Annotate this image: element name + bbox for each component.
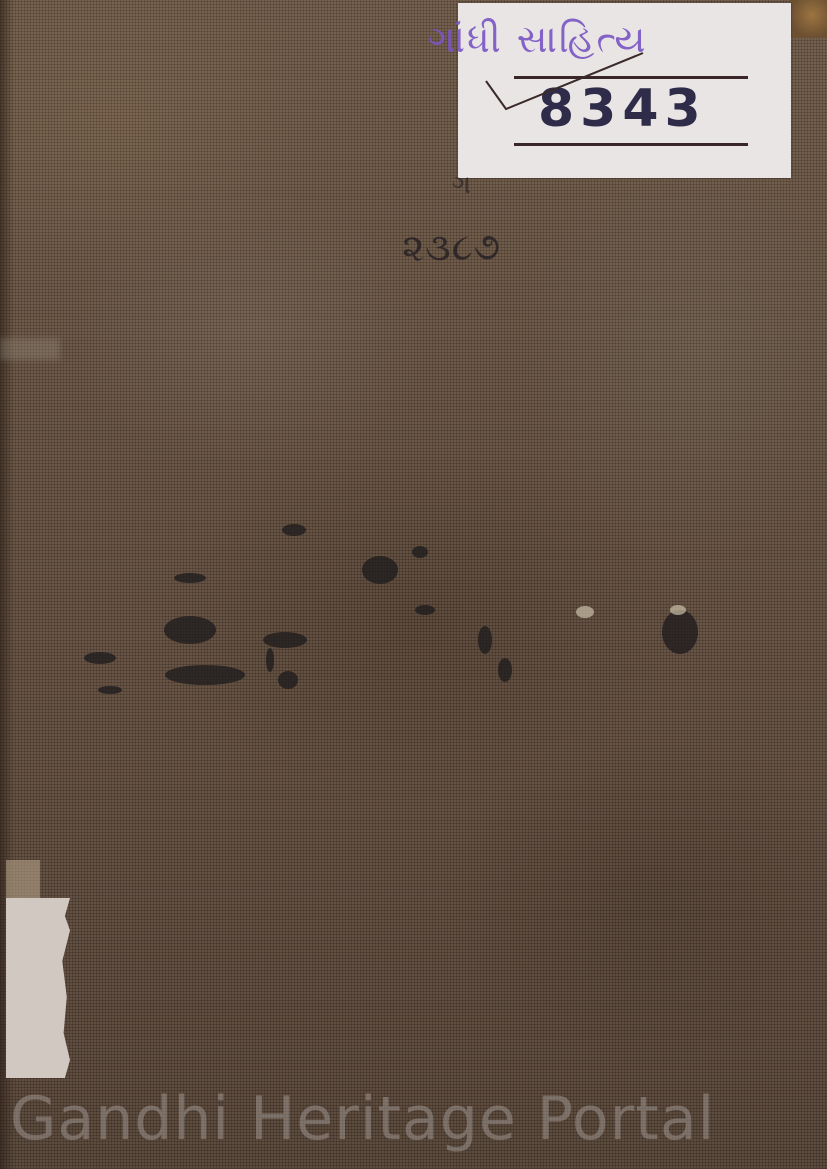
book-cover: ગાંધી સાહિત્ય 8343 ગ ૨૩૮૭ <box>0 0 827 1169</box>
handwritten-mark: ગ <box>452 170 471 201</box>
paper-tab-residue <box>6 860 40 900</box>
library-label: ગાંધી સાહિત્ય 8343 <box>458 3 791 178</box>
corner-stain <box>790 0 827 38</box>
handwritten-number: ૨૩૮૭ <box>402 224 502 271</box>
wear-mark <box>0 338 60 360</box>
paper-tab <box>6 898 70 1078</box>
check-mark-icon <box>478 51 658 131</box>
faded-title-impressions <box>80 520 720 720</box>
label-rule-bottom <box>514 143 748 146</box>
watermark: Gandhi Heritage Portal <box>10 1084 715 1154</box>
